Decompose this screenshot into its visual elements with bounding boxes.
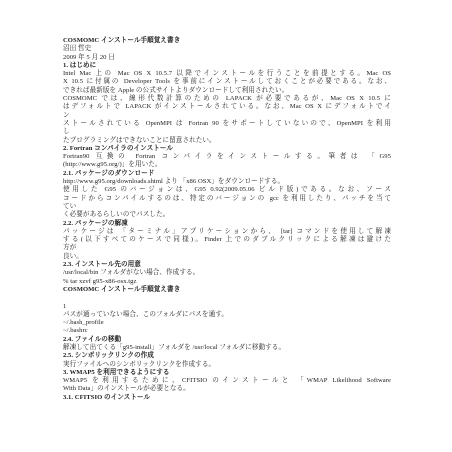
text-line: 1 <box>63 303 391 311</box>
text-line: X 10.5 に付属の Developer Tools を事前にインストールして… <box>63 78 391 86</box>
text-line: たプログラミングはできないことに留意されたい。 <box>63 137 391 145</box>
text-line: パスが通っていない場合、このフォルダにパスを通す。 <box>63 311 391 319</box>
text-line: はデフォルトで LAPACK がインストールされている。なお、Mac OS X … <box>63 103 391 111</box>
text-line: % tar xzvf g95-x86-osx.tgz <box>63 278 391 286</box>
text-line: できれば最新版を Apple の公式サイトよりダウンロードして利用されたい。 <box>63 87 391 95</box>
text-line: 良い。 <box>63 253 391 261</box>
document-page: COSMOMC インストール手順覚え書き沼田 哲史2009 年 5 月 20 日… <box>0 0 452 452</box>
text-line: コードからコンパイルするのは、特定のバージョンの gcc を利用したり、パッチを… <box>63 195 391 203</box>
text-line: 2.5. シンボリックリンクの作成 <box>63 352 391 360</box>
text-line: 1. はじめに <box>63 62 391 70</box>
text-line: 2009 年 5 月 20 日 <box>63 54 391 62</box>
text-line: (http://www.g95.org/)」を用いた。 <box>63 161 391 169</box>
text-line: 使用した G95 のバージョンは、G95 0.92(2009.05.06 ビルド… <box>63 186 391 194</box>
text-line: パッケージは 「ターミナル」アプリケーションから、 [tar] コマンドを使用し… <box>63 228 391 236</box>
text-line: 2.2. パッケージの解凍 <box>63 220 391 228</box>
text-line: /usr/local/bin フォルダがない場合、作成する。 <box>63 269 391 277</box>
text-line: ン <box>63 112 391 120</box>
text-line: 2.4. ファイルの移動 <box>63 336 391 344</box>
text-line: し <box>63 128 391 136</box>
text-line: 沼田 哲史 <box>63 45 391 53</box>
text-line: With Data」のインストールが必要となる。 <box>63 385 391 393</box>
text-line: 2. Fortran コンパイラのインストール <box>63 145 391 153</box>
text-line: する(以下すべてのケースで同様)。Finder 上でのダブルクリックによる解凍は… <box>63 236 391 244</box>
text-line: COSMOMC インストール手順覚え書き <box>63 286 391 294</box>
text-line: 実行ファイルへのシンボリックリンクを作成する。 <box>63 361 391 369</box>
text-line: てい <box>63 203 391 211</box>
text-line: 3. WMAP5 を利用できるようにする <box>63 369 391 377</box>
text-line: COSMOMC インストール手順覚え書き <box>63 37 391 45</box>
text-line: 2.1. パッケージのダウンロード <box>63 170 391 178</box>
text-line: ~/.bashrc <box>63 327 391 335</box>
text-line: ~/.bash_profile <box>63 319 391 327</box>
text-line: 3.1. CFITSIO のインストール <box>63 394 391 402</box>
text-line: ストールされている OpenMPI は Fortran 90 をサポートしていな… <box>63 120 391 128</box>
document-text-block: COSMOMC インストール手順覚え書き沼田 哲史2009 年 5 月 20 日… <box>63 37 391 402</box>
blank-line <box>63 294 391 302</box>
text-line: 方が <box>63 244 391 252</box>
text-line: く必要があるらしいのでパスした。 <box>63 211 391 219</box>
